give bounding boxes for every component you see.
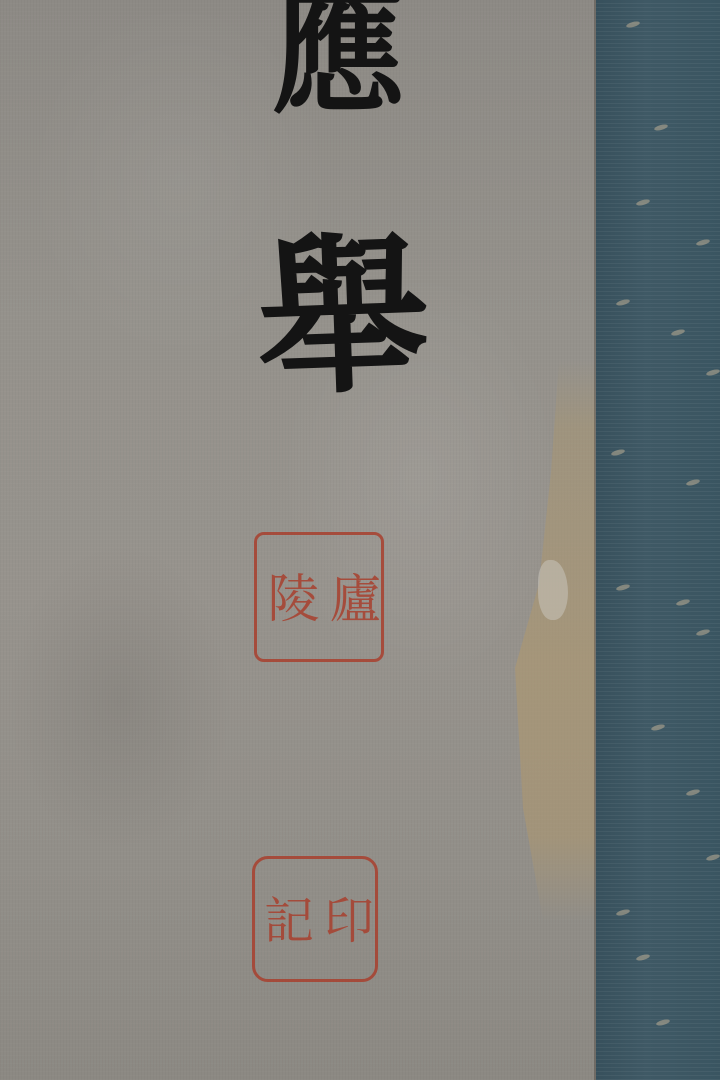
seal-glyph: 印	[320, 894, 370, 944]
silk-fleck	[686, 478, 701, 486]
silk-mounting	[596, 0, 720, 1080]
seal-glyph: 記	[260, 894, 310, 944]
silk-fleck	[611, 448, 626, 456]
silk-fleck	[654, 123, 669, 131]
scroll-photo: 應 舉 廬 陵 印 記	[0, 0, 720, 1080]
silk-fleck	[616, 908, 631, 916]
silk-fleck	[656, 1018, 671, 1026]
silk-fleck	[651, 723, 666, 731]
silk-fleck	[616, 298, 631, 306]
silk-fleck	[696, 628, 711, 636]
silk-fleck	[616, 583, 631, 591]
silk-fleck	[626, 20, 641, 28]
seal-glyph: 陵	[262, 571, 314, 623]
silk-fleck	[706, 853, 720, 861]
silk-fleck	[676, 598, 691, 606]
calligraphy-character-ying: 應	[272, 0, 405, 122]
silk-fleck	[636, 953, 651, 961]
calligraphy-character-ju: 舉	[255, 229, 431, 405]
silk-fleck	[636, 198, 651, 206]
seal-glyph: 廬	[324, 571, 376, 623]
silk-fleck	[696, 238, 711, 246]
silk-fleck	[686, 788, 701, 796]
silk-fleck	[671, 328, 686, 336]
silk-fleck	[706, 368, 720, 376]
red-seal-upper: 廬 陵	[254, 532, 384, 662]
red-seal-lower: 印 記	[252, 856, 378, 982]
